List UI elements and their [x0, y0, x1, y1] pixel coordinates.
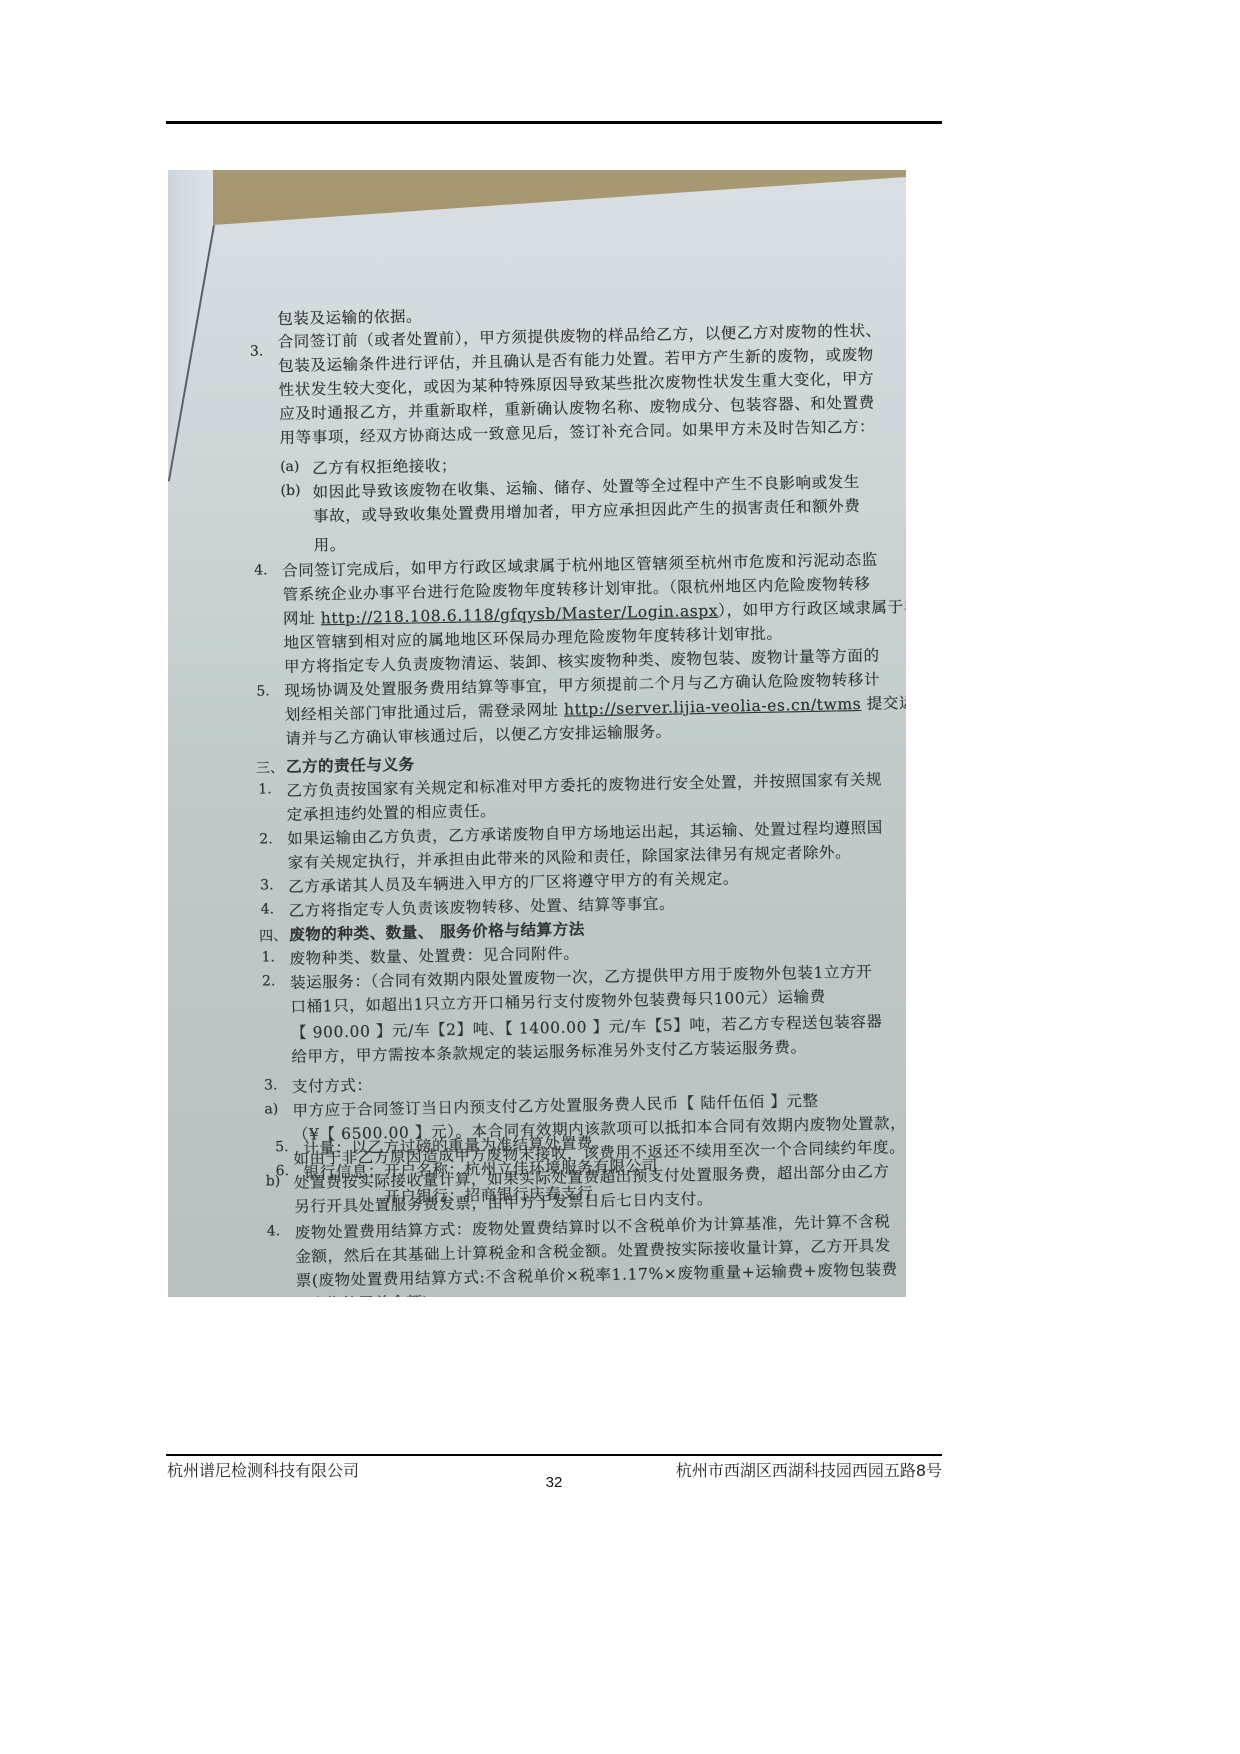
sub-item-marker: (a)	[280, 459, 300, 475]
contract-text: 3. 包装及运输的依据。 合同签订前（或者处置前），甲方须提供废物的样品给乙方，…	[168, 170, 906, 1297]
sub-item-marker: b)	[266, 1173, 281, 1189]
clause-number: 1.	[258, 781, 272, 797]
text-segment: ），如甲方行政区域隶属于非杭州	[718, 597, 906, 619]
text-line: 乙方将指定专人负责该废物转移、处置、结算等事宜。	[288, 892, 675, 921]
clause-number: 2.	[259, 831, 273, 847]
section-heading: 废物的种类、数量、 服务价格与结算方法	[289, 917, 585, 945]
clause-number: 4.	[267, 1223, 281, 1239]
text-line: 废物种类、数量、处置费：见合同附件。	[289, 941, 579, 969]
text-line: 用。	[313, 533, 346, 556]
text-line: 包装及运输的依据。	[277, 304, 422, 329]
sub-item-marker: a)	[264, 1101, 278, 1117]
clause-number: 4.	[254, 562, 268, 578]
text-line: =废物处置总金额)。	[296, 1290, 445, 1297]
text-line: 请并与乙方确认审核通过后，以便乙方安排运输服务。	[285, 720, 672, 749]
section-heading: 乙方的责任与义务	[286, 753, 415, 777]
clause-number: 3.	[250, 343, 264, 359]
sub-item-marker: (b)	[280, 483, 300, 499]
clause-number: 5.	[256, 683, 270, 699]
clause-number: 3.	[264, 1077, 278, 1093]
clause-number: 2.	[262, 973, 276, 989]
twms-url-link[interactable]: http://server.lijia-veolia-es.cn/twms	[564, 695, 862, 719]
text-line: 支付方式：	[292, 1073, 373, 1097]
text-segment: 提交运输申	[861, 693, 906, 713]
text-segment: 网址	[283, 609, 321, 628]
clause-number: 3.	[260, 877, 274, 893]
text-line: 乙方有权拒绝接收；	[312, 454, 457, 479]
text-segment: 划经相关部门审批通过后，需登录网址	[285, 701, 565, 724]
page-number: 32	[0, 1474, 1108, 1491]
clause-number: 1.	[261, 949, 275, 965]
text-line: 定承担违约处置的相应责任。	[287, 799, 497, 825]
clause-number: 4.	[260, 901, 274, 917]
footer-rule	[166, 1454, 942, 1456]
section-number: 四、	[259, 925, 287, 946]
header-rule	[166, 121, 942, 124]
scanned-contract-photo: 3. 包装及运输的依据。 合同签订前（或者处置前），甲方须提供废物的样品给乙方，…	[168, 170, 906, 1297]
section-number: 三、	[256, 757, 284, 778]
